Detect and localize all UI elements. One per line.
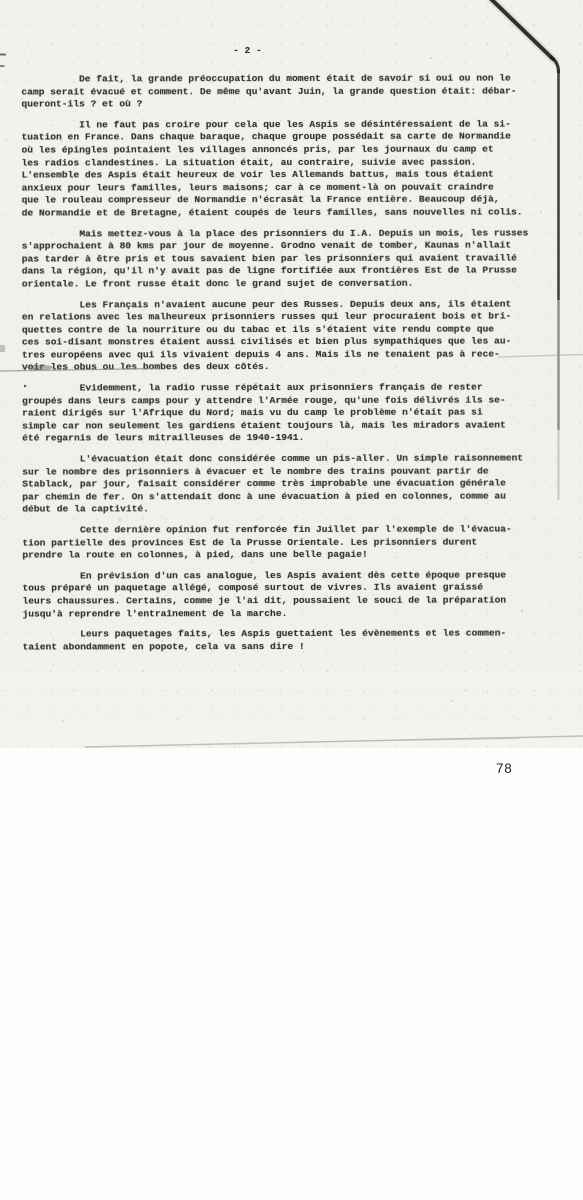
typed-text-block: De fait, la grande préoccupation du mome…: [21, 72, 562, 661]
paragraph-9: Leurs paquetages faits, les Aspis guetta…: [23, 628, 563, 654]
paragraph-3: Mais mettez-vous à la place des prisonni…: [22, 227, 562, 291]
paragraph-4: Les Français n'avaient aucune peur des R…: [22, 298, 562, 375]
paragraph-6: L'évacuation était donc considérée comme…: [22, 452, 562, 516]
scanned-document-page: - 2 - De fait, la grande préoccupation d…: [0, 0, 583, 1200]
paragraph-2: Il ne faut pas croire pour cela que les …: [21, 118, 561, 220]
typed-letter-paper: - 2 - De fait, la grande préoccupation d…: [0, 0, 583, 748]
paragraph-7: Cette dernière opinion fut renforcée fin…: [22, 523, 562, 562]
page-marker: - 2 -: [233, 45, 262, 56]
printed-page-number: 78: [496, 761, 513, 776]
paragraph-8: En prévision d'un cas analogue, les Aspi…: [22, 569, 562, 621]
paragraph-5: Evidemment, la radio russe répétait aux …: [22, 381, 562, 445]
paragraph-1: De fait, la grande préoccupation du mome…: [21, 72, 561, 111]
